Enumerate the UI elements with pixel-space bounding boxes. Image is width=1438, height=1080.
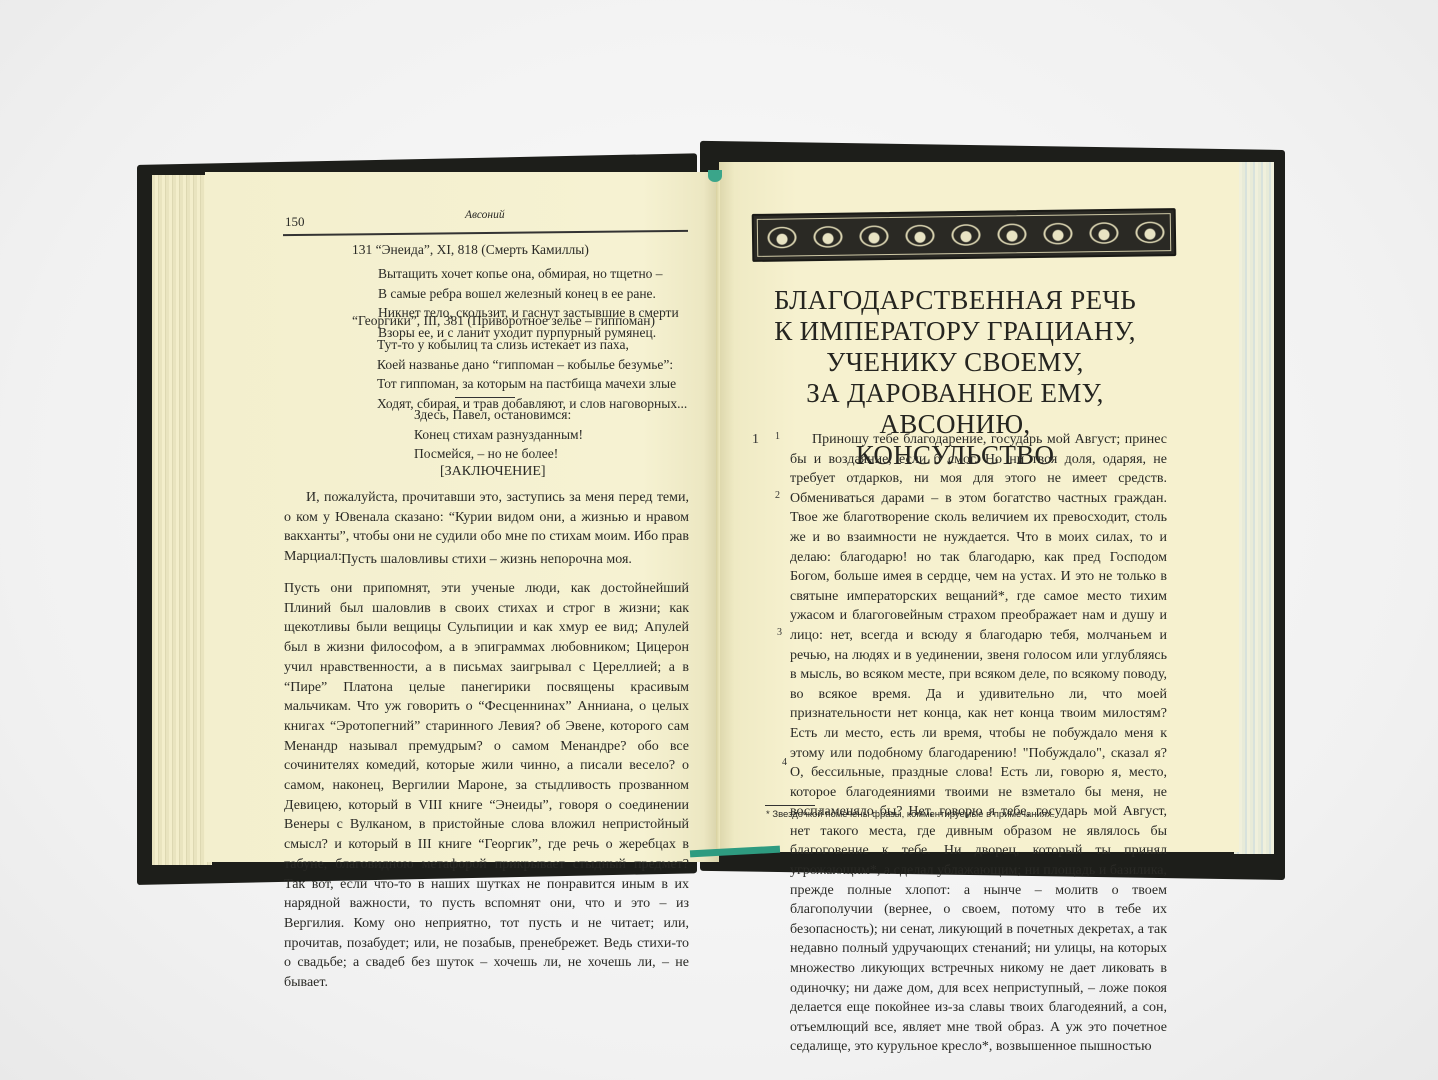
poem-line: Тут-то у кобылиц та слизь истекает из па… xyxy=(377,335,687,355)
poem-georgics: Тут-то у кобылиц та слизь истекает из па… xyxy=(377,335,687,413)
running-head: Авсоний xyxy=(465,206,505,226)
quote-source-2: “Георгики”, III, 381 (Приворотное зелье … xyxy=(352,311,655,331)
quote-source-1: 131 “Энеида”, XI, 818 (Смерть Камиллы) xyxy=(352,240,589,260)
martial-quote: Пусть шаловливы стихи – жизнь непорочна … xyxy=(284,550,689,570)
poem-line: В самые ребра вошел железный конец в ее … xyxy=(378,284,679,304)
speech-body: Приношу тебе благодарение, государь мой … xyxy=(790,430,1167,1057)
title-line: К ИМПЕРАТОРУ ГРАЦИАНУ, xyxy=(740,316,1170,347)
section-number: 4 xyxy=(782,757,787,768)
poem-line: Тот гиппоман, за которым на пастбища мач… xyxy=(377,374,687,394)
section-heading: [ЗАКЛЮЧЕНИЕ] xyxy=(440,462,546,482)
title-line: БЛАГОДАРСТВЕННАЯ РЕЧЬ xyxy=(740,285,1170,316)
closing-verse: Здесь, Павел, остановимся: Конец стихам … xyxy=(414,405,583,464)
poem-line: Вытащить хочет копье она, обмирая, но тщ… xyxy=(378,264,679,284)
verse-line: Посмейся, – но не более! xyxy=(414,444,583,464)
footnote-rule xyxy=(765,805,815,806)
footnote: * Звездочкой помечены фразы, комментируе… xyxy=(766,809,1054,820)
title-line: УЧЕНИКУ СВОЕМУ, xyxy=(740,347,1170,378)
verse-line: Здесь, Павел, остановимся: xyxy=(414,405,583,425)
section-number: 2 xyxy=(775,490,780,501)
chapter-number: 1 xyxy=(752,432,759,448)
page-stack-left xyxy=(152,175,212,865)
section-number: 3 xyxy=(777,627,782,638)
bookmark-ribbon-top xyxy=(708,170,722,182)
section-number: 1 xyxy=(775,431,780,442)
page-number: 150 xyxy=(285,212,305,232)
separator-rule xyxy=(455,397,515,398)
poem-line: Коей названье дано “гиппоман – кобылье б… xyxy=(377,355,687,375)
paragraph-main: Пусть они припомнят, эти ученые люди, ка… xyxy=(284,579,689,993)
verse-line: Конец стихам разнузданным! xyxy=(414,425,583,445)
book-gutter xyxy=(716,170,720,850)
decorative-ornament-band xyxy=(752,208,1177,262)
page-stack-right xyxy=(1234,162,1274,854)
